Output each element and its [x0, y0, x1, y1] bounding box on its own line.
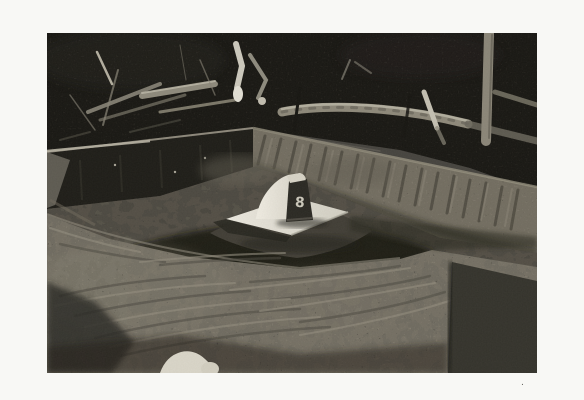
- photo-scene: 8: [30, 30, 537, 376]
- page: 8: [0, 0, 584, 400]
- photograph: 8: [0, 0, 584, 400]
- film-grain: [47, 33, 537, 373]
- page-speck: .: [521, 378, 524, 388]
- photo-svg: 8: [0, 0, 584, 400]
